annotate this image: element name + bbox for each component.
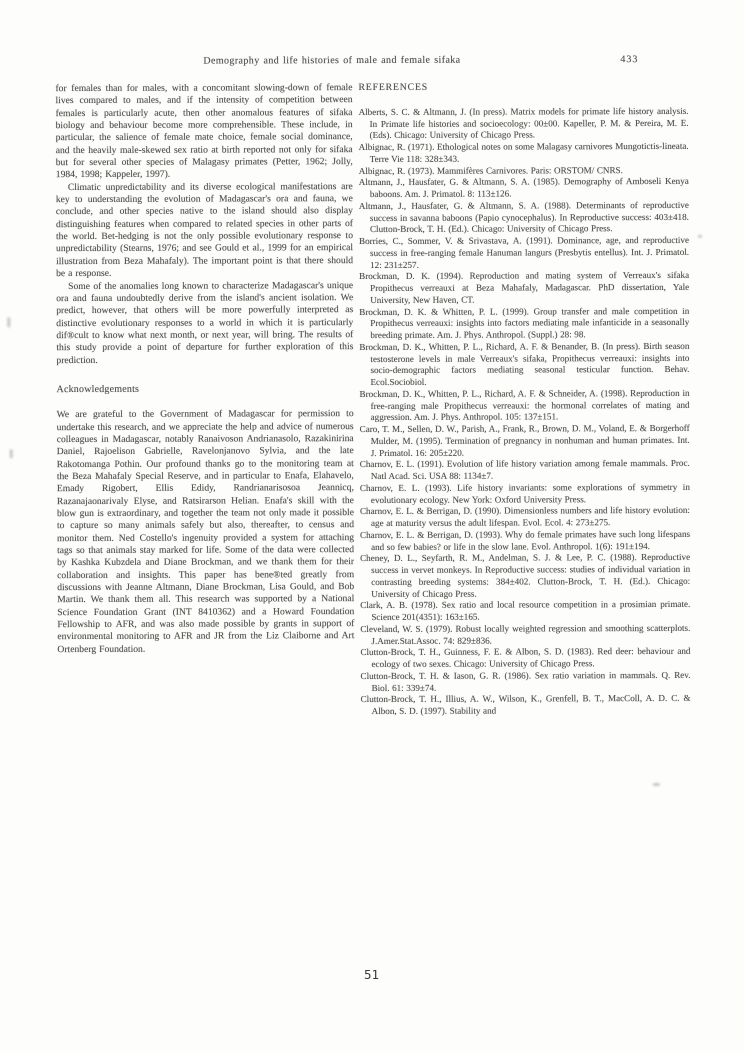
page-header: Demography and life histories of male an… [55, 54, 687, 70]
reference-entry: Charnov, E. L. & Berrigan, D. (1990). Di… [360, 505, 690, 530]
reference-entry: Clark, A. B. (1978). Sex ratio and local… [360, 599, 690, 624]
page-scan-area: Demography and life histories of male an… [0, 0, 744, 1053]
scan-artifact [698, 235, 702, 238]
running-head: Demography and life histories of male an… [203, 55, 460, 67]
scan-artifact [10, 449, 13, 458]
references-heading: REFERENCES [358, 81, 688, 94]
reference-entry: Charnov, E. L. & Berrigan, D. (1993). Wh… [360, 529, 690, 554]
reference-entry: Altmann, J., Hausfater, G. & Altmann, S.… [359, 176, 689, 201]
reference-entry: Brockman, D. K., Whitten, P. L., Richard… [359, 341, 689, 389]
reference-entry: Clutton-Brock, T. H., Guinness, F. E. & … [360, 646, 690, 671]
body-paragraph: Some of the anomalies long known to char… [56, 280, 353, 367]
reference-entry: Altmann, J., Hausfater, G. & Altmann, S.… [359, 200, 689, 236]
scanned-paper-page: Demography and life histories of male an… [0, 0, 744, 1053]
reference-entry: Borries, C., Sommer, V. & Srivastava, A.… [359, 235, 689, 271]
reference-entry: Brockman, D. K. (1994). Reproduction and… [359, 270, 689, 306]
scan-artifact [7, 317, 10, 327]
acknowledgements-heading: Acknowledgements [57, 383, 354, 396]
reference-entry: Charnov, E. L. (1993). Life history inva… [360, 482, 690, 507]
footer-page-number: 51 [364, 967, 379, 982]
reference-entry: Alberts, S. C. & Altmann, J. (In press).… [359, 106, 689, 142]
acknowledgements-text: We are grateful to the Government of Mad… [57, 408, 355, 656]
references-column: REFERENCES Alberts, S. C. & Altmann, J. … [358, 81, 690, 718]
reference-entry: Albignac, R. (1971). Ethological notes o… [359, 141, 689, 166]
body-paragraph: Climatic unpredictability and its divers… [56, 181, 353, 281]
reference-entry: Brockman, D. K. & Whitten, P. L. (1999).… [359, 305, 689, 341]
body-paragraph: for females than for males, with a conco… [55, 82, 352, 182]
reference-entry: Caro, T. M., Sellen, D. W., Parish, A., … [360, 423, 690, 459]
reference-entry: Brockman, D. K., Whitten, P. L., Richard… [360, 388, 690, 424]
scan-artifact [653, 783, 660, 786]
reference-entry: Cleveland, W. S. (1979). Robust locally … [360, 623, 690, 648]
reference-entry: Clutton-Brock, T. H. & Iason, G. R. (198… [361, 670, 691, 695]
reference-entry: Clutton-Brock, T. H., Illius, A. W., Wil… [361, 693, 691, 718]
reference-entry: Charnov, E. L. (1991). Evolution of life… [360, 458, 690, 483]
journal-page-number: 433 [620, 54, 638, 65]
reference-entry: Cheney, D. L., Seyfarth, R. M., Andelman… [360, 552, 690, 600]
left-column: for females than for males, with a conco… [55, 82, 354, 656]
